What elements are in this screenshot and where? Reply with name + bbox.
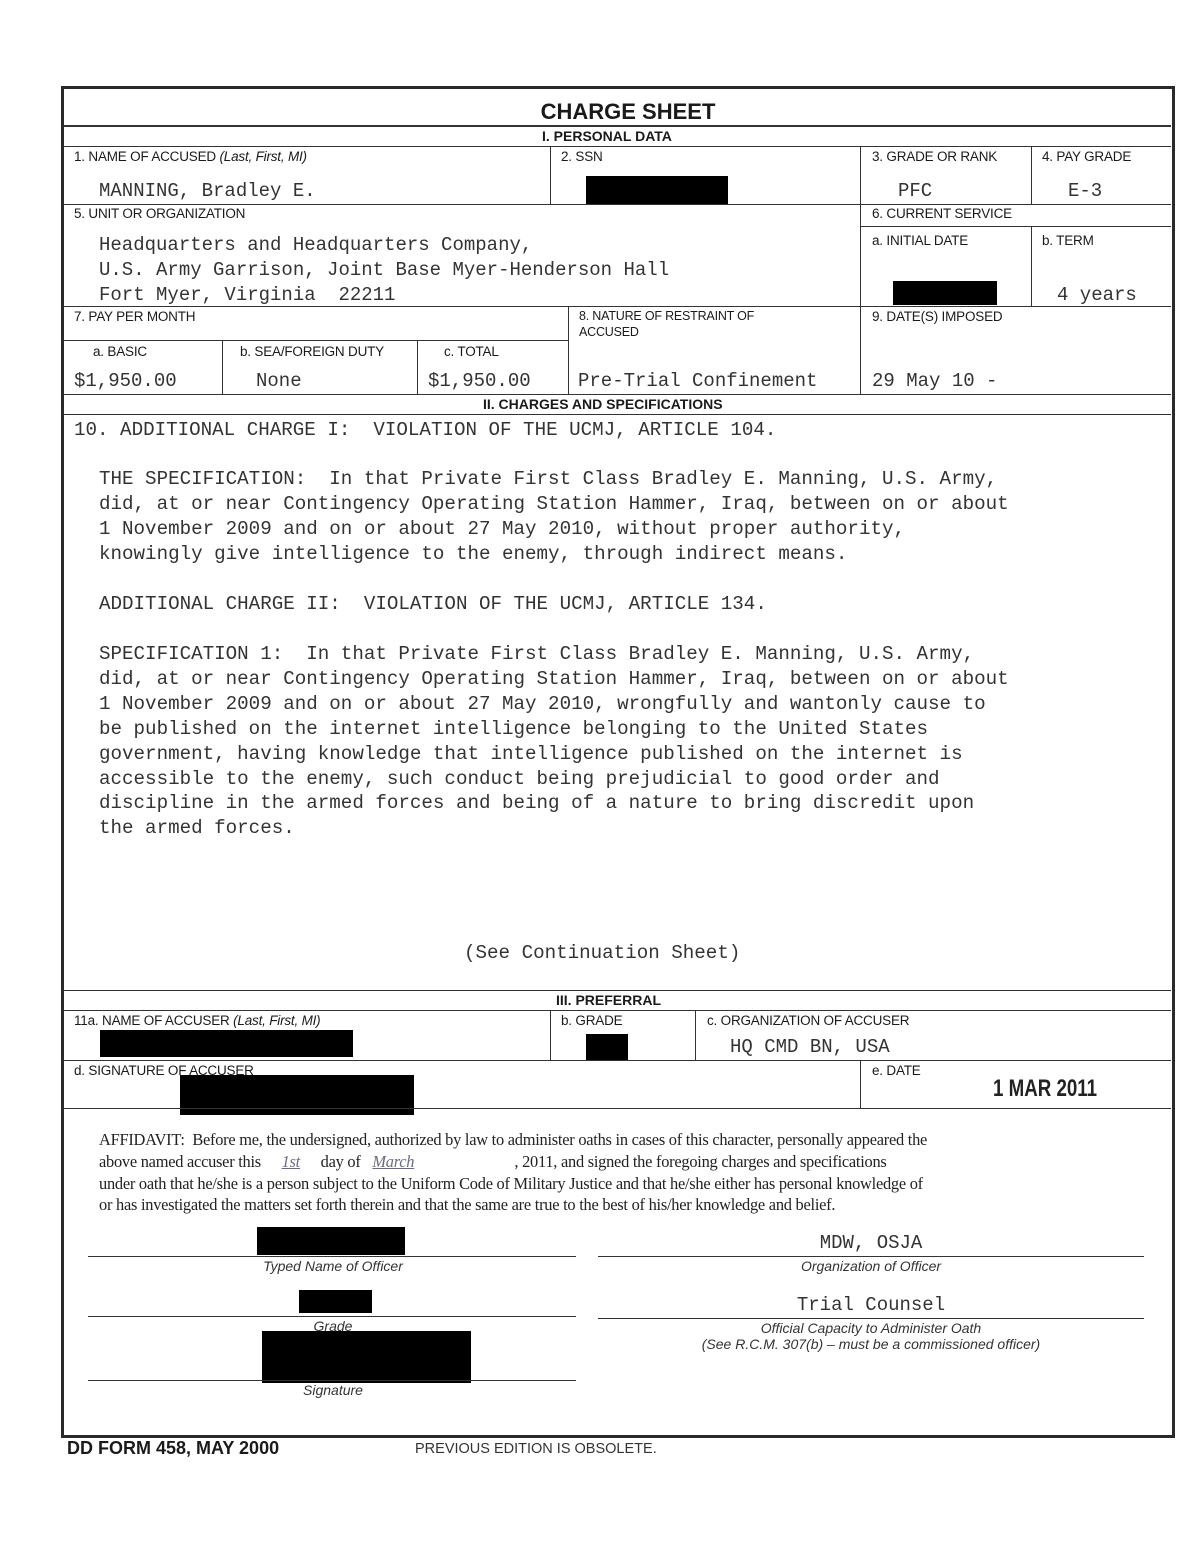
divider [695, 1010, 696, 1060]
basic-pay-label: a. BASIC [93, 344, 147, 359]
accuser-name-label: 11a. NAME OF ACCUSER (Last, First, MI) [74, 1013, 320, 1028]
unit-line-1: Headquarters and Headquarters Company, [99, 234, 532, 256]
divider [63, 414, 1171, 415]
divider [63, 306, 1171, 307]
charge-2-heading: ADDITIONAL CHARGE II: VIOLATION OF THE U… [99, 592, 767, 617]
divider [550, 146, 551, 204]
organization-caption: Organization of Officer [598, 1258, 1144, 1274]
divider [568, 306, 569, 394]
restraint-label-2: ACCUSED [579, 325, 639, 339]
divider [222, 340, 223, 394]
label-text: 1. NAME OF ACCUSED [74, 149, 216, 164]
affidavit-line-4: or has investigated the matters set fort… [99, 1194, 835, 1216]
current-service-label: 6. CURRENT SERVICE [872, 206, 1012, 221]
section-preferral-title: III. PREFERRAL [556, 992, 661, 1008]
divider [860, 1060, 861, 1108]
divider [417, 340, 418, 394]
label-hint: (Last, First, MI) [220, 149, 307, 164]
unit-line-2: U.S. Army Garrison, Joint Base Myer-Hend… [99, 259, 669, 281]
charge-1-specification: THE SPECIFICATION: In that Private First… [99, 467, 1009, 567]
dates-imposed-value: 29 May 10 - [872, 370, 997, 392]
signature-caption: Signature [88, 1382, 578, 1398]
term-value: 4 years [1057, 284, 1137, 306]
accuser-name-redacted [100, 1030, 353, 1057]
ssn-redacted [586, 176, 728, 204]
affidavit-text: , 2011, and signed the foregoing charges… [514, 1152, 886, 1171]
officer-signature-redacted [262, 1331, 471, 1383]
initial-date-label: a. INITIAL DATE [872, 233, 968, 248]
divider [1031, 226, 1032, 306]
divider [1031, 146, 1032, 204]
section-personal-data-title: I. PERSONAL DATA [542, 128, 672, 144]
name-of-accused-label: 1. NAME OF ACCUSED (Last, First, MI) [74, 149, 307, 164]
divider [63, 1108, 1171, 1109]
form-number: DD FORM 458, MAY 2000 [67, 1438, 279, 1459]
term-label: b. TERM [1042, 233, 1094, 248]
pay-grade-value: E-3 [1068, 180, 1102, 202]
officer-organization-value: MDW, OSJA [598, 1232, 1144, 1254]
divider [63, 1010, 1171, 1011]
restraint-value: Pre-Trial Confinement [578, 370, 817, 392]
accuser-signature-redacted [180, 1075, 414, 1115]
divider [860, 146, 861, 394]
total-pay-value: $1,950.00 [428, 370, 531, 392]
label-text: 11a. NAME OF ACCUSER [74, 1013, 230, 1028]
affidavit-line-1: AFFIDAVIT: Before me, the undersigned, a… [99, 1129, 927, 1151]
officer-grade-redacted [299, 1290, 372, 1313]
name-of-accused-value: MANNING, Bradley E. [99, 180, 316, 202]
divider [63, 1060, 1171, 1061]
divider [550, 1010, 551, 1060]
typed-name-caption: Typed Name of Officer [88, 1258, 578, 1274]
capacity-caption-1: Official Capacity to Administer Oath [598, 1320, 1144, 1336]
accuser-grade-label: b. GRADE [561, 1013, 622, 1028]
grade-or-rank-value: PFC [898, 180, 932, 202]
signature-line [598, 1318, 1144, 1319]
sea-foreign-duty-value: None [256, 370, 302, 392]
section-charges-title: II. CHARGES AND SPECIFICATIONS [483, 396, 723, 412]
ssn-label: 2. SSN [561, 149, 603, 164]
signature-line [88, 1380, 576, 1381]
unit-line-3: Fort Myer, Virginia 22211 [99, 284, 395, 306]
affidavit-text: day of [317, 1152, 365, 1171]
divider [63, 146, 1171, 147]
accuser-grade-redacted [586, 1034, 628, 1060]
unit-label: 5. UNIT OR ORGANIZATION [74, 206, 245, 221]
basic-pay-value: $1,950.00 [74, 370, 177, 392]
total-pay-label: c. TOTAL [444, 344, 499, 359]
continuation-note: (See Continuation Sheet) [464, 941, 740, 966]
preferral-date-stamp: 1 MAR 2011 [993, 1075, 1097, 1103]
divider [63, 125, 1171, 127]
label-hint: (Last, First, MI) [233, 1013, 320, 1028]
restraint-label-1: 8. NATURE OF RESTRAINT OF [579, 309, 754, 323]
preferral-date-label: e. DATE [872, 1063, 921, 1078]
divider [63, 204, 1171, 205]
pay-grade-label: 4. PAY GRADE [1042, 149, 1131, 164]
officer-typed-name-redacted [257, 1227, 405, 1255]
divider [63, 394, 1171, 395]
divider [860, 226, 1171, 227]
divider [63, 990, 1171, 991]
capacity-caption-2: (See R.C.M. 307(b) – must be a commissio… [598, 1336, 1144, 1352]
charge-1-heading: 10. ADDITIONAL CHARGE I: VIOLATION OF TH… [74, 418, 776, 443]
grade-or-rank-label: 3. GRADE OR RANK [872, 149, 997, 164]
divider [63, 340, 568, 341]
affidavit-text: above named accuser this [99, 1152, 265, 1171]
signature-line [88, 1316, 576, 1317]
officer-capacity-value: Trial Counsel [598, 1294, 1144, 1316]
affidavit-day-handwritten: 1st [265, 1151, 317, 1173]
initial-date-redacted [893, 281, 997, 305]
signature-line [88, 1256, 576, 1257]
form-title: CHARGE SHEET [0, 99, 1200, 125]
affidavit-month-handwritten: March [364, 1151, 514, 1173]
obsolete-note: PREVIOUS EDITION IS OBSOLETE. [415, 1441, 657, 1457]
charge-2-specification-1: SPECIFICATION 1: In that Private First C… [99, 642, 1009, 841]
sea-foreign-duty-label: b. SEA/FOREIGN DUTY [240, 344, 384, 359]
signature-line [598, 1256, 1144, 1257]
affidavit-line-2: above named accuser this 1st day of Marc… [99, 1151, 887, 1173]
accuser-org-label: c. ORGANIZATION OF ACCUSER [707, 1013, 909, 1028]
affidavit-line-3: under oath that he/she is a person subje… [99, 1173, 923, 1195]
pay-per-month-label: 7. PAY PER MONTH [74, 309, 195, 324]
dates-imposed-label: 9. DATE(S) IMPOSED [872, 309, 1002, 324]
accuser-org-value: HQ CMD BN, USA [730, 1036, 890, 1058]
